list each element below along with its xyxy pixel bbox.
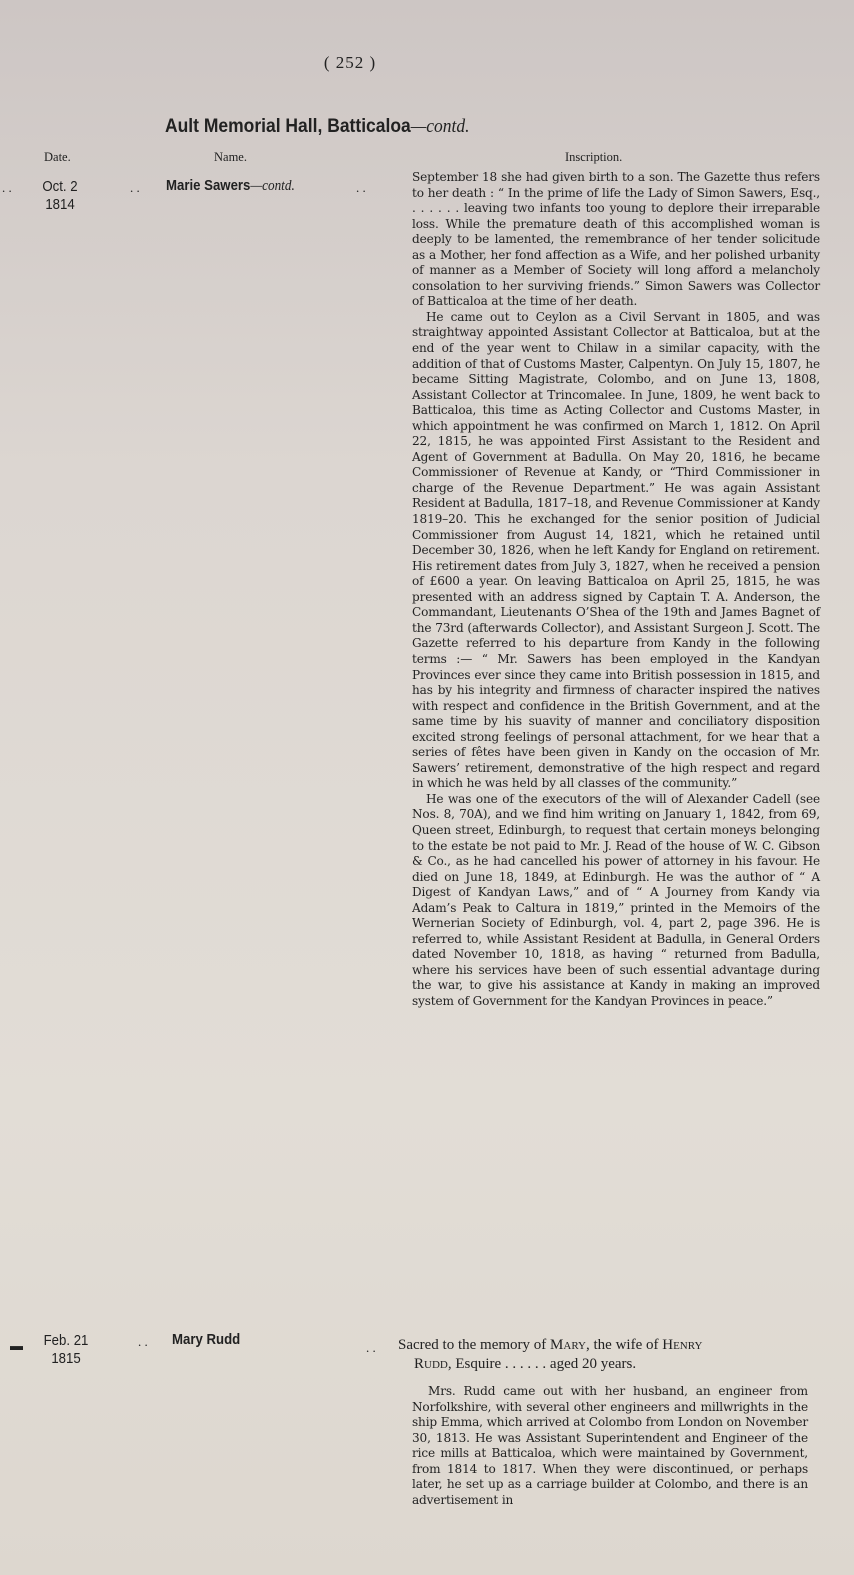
entry-date: Oct. 2 1814: [34, 178, 87, 214]
inscription-sacred: Sacred to the memory of Mary, the wife o…: [398, 1336, 820, 1374]
sacred-text: Sacred to the memory of: [398, 1337, 550, 1353]
heading-suffix: —contd.: [411, 116, 470, 137]
leader-dots: ▬: [10, 1338, 23, 1354]
sacred-rudd: Rudd: [414, 1356, 448, 1372]
inscription-text: Mrs. Rudd came out with her husband, an …: [412, 1384, 808, 1508]
inscription-text: September 18 she had given birth to a so…: [412, 170, 820, 1010]
sacred-text: , Esquire . . . . . . aged 20 years.: [448, 1356, 636, 1372]
heading-title: Ault Memorial Hall, Batticaloa: [165, 116, 411, 137]
leader-dots: . .: [366, 1340, 376, 1356]
leader-dots: . .: [356, 180, 366, 196]
page-number: ( 252 ): [0, 53, 700, 73]
inscription-paragraph: September 18 she had given birth to a so…: [412, 170, 820, 310]
sacred-mary: Mary: [550, 1337, 586, 1353]
entry-name: Mary Rudd: [172, 1331, 240, 1348]
page-heading: Ault Memorial Hall, Batticaloa—contd.: [165, 116, 470, 138]
leader-dots: . .: [138, 1334, 148, 1350]
leader-dots: . .: [130, 180, 140, 196]
date-year: 1815: [40, 1350, 93, 1368]
inscription-paragraph: Mrs. Rudd came out with her husband, an …: [412, 1384, 808, 1508]
date-year: 1814: [34, 196, 87, 214]
date-day: Oct. 2: [34, 178, 87, 196]
name-suffix: —contd.: [250, 178, 294, 194]
column-header-name: Name.: [214, 150, 247, 165]
column-header-inscription: Inscription.: [565, 150, 622, 165]
entry-name: Marie Sawers—contd.: [166, 177, 295, 195]
leader-dots: . .: [2, 180, 12, 196]
sacred-continuation: Rudd, Esquire . . . . . . aged 20 years.: [398, 1355, 820, 1374]
date-day: Feb. 21: [40, 1332, 93, 1350]
inscription-paragraph: He was one of the executors of the will …: [412, 792, 820, 1010]
sacred-text: , the wife of: [586, 1337, 662, 1353]
sacred-henry: Henry: [662, 1337, 702, 1353]
inscription-paragraph: He came out to Ceylon as a Civil Servant…: [412, 310, 820, 792]
column-header-date: Date.: [44, 150, 71, 165]
entry-date: Feb. 21 1815: [40, 1332, 93, 1368]
name-text: Marie Sawers: [166, 177, 250, 194]
